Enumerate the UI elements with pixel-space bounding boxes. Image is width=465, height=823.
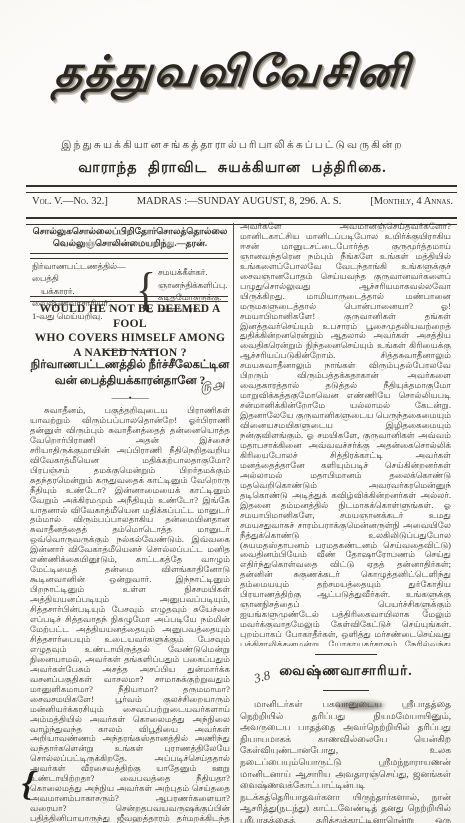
article-body-left: சுவாதீனம், பகுத்தறிவுடைய பிராணிகள் யாவற்… [30, 406, 230, 823]
epigraph-line-2: வெல்லுஞ்சொலின்மையறிந்து.—தரன். [30, 237, 230, 249]
headline-english-line-2: WHO COVERS HIMSELF AMONG [30, 331, 230, 346]
article2-heading-rule [323, 690, 369, 691]
right-column: அவர்களே அவமானஞ்செய்தவர்களோ? மானிடகாட்சிய… [240, 222, 452, 823]
headline-english: WOULD HE NOT BE DEEMED A FOOL WHO COVERS… [30, 302, 230, 360]
dateline: Vol. V.—No. 32.] MADRAS :—SUNDAY AUGUST,… [32, 196, 453, 207]
column-divider-rule [233, 223, 234, 823]
article-end-rule [315, 654, 377, 655]
price-label: [Monthly, 4 Annas. [370, 196, 453, 207]
epigraph-line-1: சொல்லுகசொல்லைப்பிறிதோர்சொலத்தொல்லை [30, 225, 230, 237]
ink-smudge [336, 701, 384, 710]
headline-tamil-line-1: நிர்வாணபட்டணத்தில் நீர்ச்சீலேகட்டின [30, 358, 230, 374]
subtitle-line-2: வாராந்த திராவிட சுயக்கியான பத்திரிகை. [0, 160, 465, 178]
epigraph-couplet: சொல்லுகசொல்லைப்பிறிதோர்சொலத்தொல்லை வெல்ல… [30, 225, 230, 249]
newspaper-page: தத்துவவிவேசினி இந்துசுயக்கியானசங்கத்தாரா… [0, 0, 465, 823]
headline-english-line-1: WOULD HE NOT BE DEEMED A FOOL [30, 302, 230, 331]
article2-heading: வைஷ்ணவாசாரியர். [240, 663, 452, 681]
article-body-right: அவர்களே அவமானஞ்செய்தவர்களோ? மானிடகாட்சிய… [240, 222, 451, 646]
handwritten-mark: 3.8 [252, 667, 272, 686]
section-ornament: ——•—— [30, 393, 230, 403]
dateline-city-date: MADRAS :—SUNDAY AUGUST, 8, 296. A. S. [137, 196, 342, 207]
subtitle-line-1: இந்துசுயக்கியானசங்கத்தாரால்பரிபாலிக்கப்ப… [0, 139, 465, 152]
left-column: சொல்லுகசொல்லைப்பிறிதோர்சொலத்தொல்லை வெல்ல… [30, 222, 230, 823]
contents-item: நிர்வாணபட்டணத்தில்—பைத்தி [32, 260, 136, 285]
contents-top-rule [30, 253, 228, 259]
header-double-rule [26, 185, 457, 193]
masthead-title: தத்துவவிவேசினி [0, 48, 465, 102]
article2-body: மானிடர்கள் பகவானுடைய ஸ்ரீபாதத்தை நெற்றிய… [240, 699, 451, 823]
headline-divider-rule [103, 350, 157, 351]
contents-item: சமயக்கீள்கர். [158, 266, 227, 278]
contents-item: ஞானந்திக்களிப்பு. [158, 279, 227, 291]
volume-number: Vol. V.—No. 32.] [32, 196, 108, 207]
